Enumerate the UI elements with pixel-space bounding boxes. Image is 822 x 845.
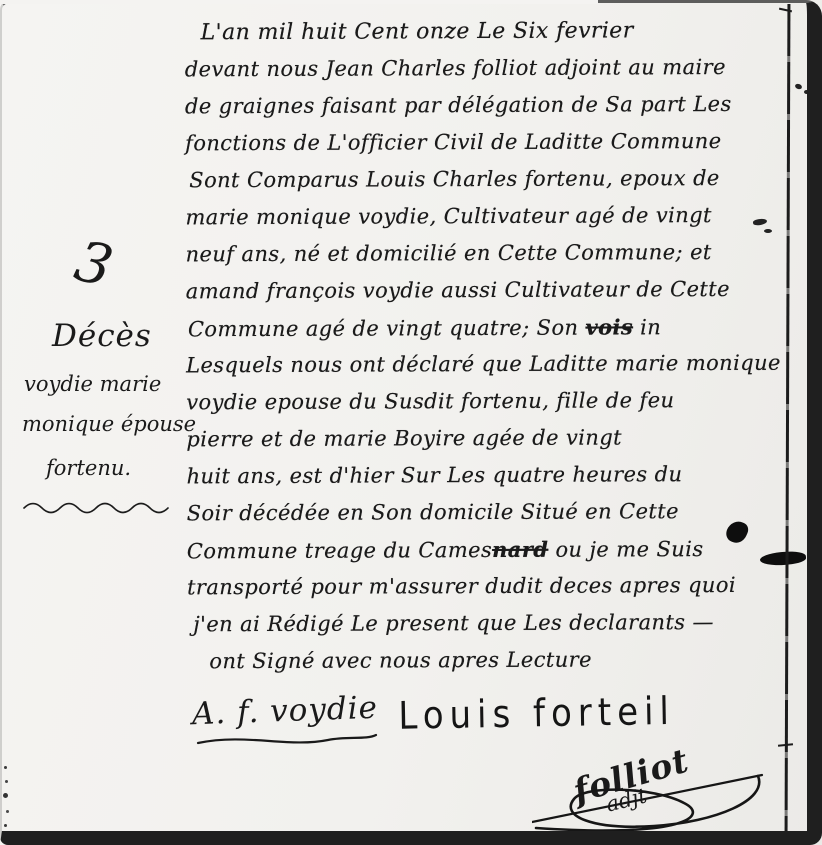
act-line-segment: ou je me Suis	[548, 537, 703, 562]
wavy-flourish	[22, 496, 172, 516]
act-line: de graignes faisant par délégation de Sa…	[185, 86, 791, 126]
act-line: voydie epouse du Susdit fortenu, fille d…	[186, 382, 792, 422]
struck-word: vois	[585, 314, 633, 339]
act-line: ont Signé avec nous apres Lecture	[209, 641, 793, 681]
act-line: Commune agé de vingt quatre; Son vois in	[188, 308, 792, 348]
act-body: L'an mil huit Cent onze Le Six fevrier d…	[185, 12, 794, 681]
act-line: fonctions de L'officier Civil de Laditte…	[185, 123, 791, 163]
signature-flourish	[532, 768, 768, 844]
scan-frame-top-mask	[0, 0, 598, 4]
ink-speck	[804, 90, 809, 94]
act-line: transporté pour m'assurer dudit deces ap…	[187, 567, 793, 607]
underline-flourish	[196, 731, 378, 749]
act-line: L'an mil huit Cent onze Le Six fevrier	[201, 12, 791, 52]
signature-voydie: A. f. voydie	[191, 690, 378, 732]
scanned-register-page: 3 Décès voydie marie monique épouse fort…	[0, 0, 822, 845]
ink-speck	[764, 229, 772, 233]
margin-name-line: voydie marie	[24, 372, 161, 396]
act-line: neuf ans, né et domicilié en Cette Commu…	[186, 234, 792, 274]
struck-word: nard	[492, 537, 548, 562]
act-line: pierre et de marie Boyire agée de vingt	[186, 419, 792, 459]
act-line-segment: Commune agé de vingt quatre; Son	[188, 316, 586, 342]
act-line: amand françois voydie aussi Cultivateur …	[186, 271, 792, 311]
margin-name-line: fortenu.	[46, 456, 131, 480]
margin-name-line: monique épouse	[22, 412, 196, 436]
act-line: Commune treage du Camesnard ou je me Sui…	[187, 530, 793, 570]
act-line: Lesquels nous ont déclaré que Laditte ma…	[186, 345, 792, 385]
act-line: huit ans, est d'hier Sur Les quatre heur…	[186, 456, 792, 496]
edge-specks	[4, 766, 7, 769]
act-line-segment: Commune treage du Cames	[187, 538, 492, 563]
act-line-segment: in	[633, 315, 661, 339]
act-line: j'en ai Rédigé Le present que Les declar…	[193, 604, 793, 644]
act-line: devant nous Jean Charles folliot adjoint…	[185, 49, 791, 89]
act-line: Sont Comparus Louis Charles fortenu, epo…	[189, 160, 791, 200]
margin-title-deces: Décès	[52, 318, 152, 354]
act-line: Soir décédée en Son domicile Situé en Ce…	[187, 493, 793, 533]
act-line: marie monique voydie, Cultivateur agé de…	[185, 197, 791, 237]
signature-fortenu: Louis forteil	[398, 689, 675, 739]
